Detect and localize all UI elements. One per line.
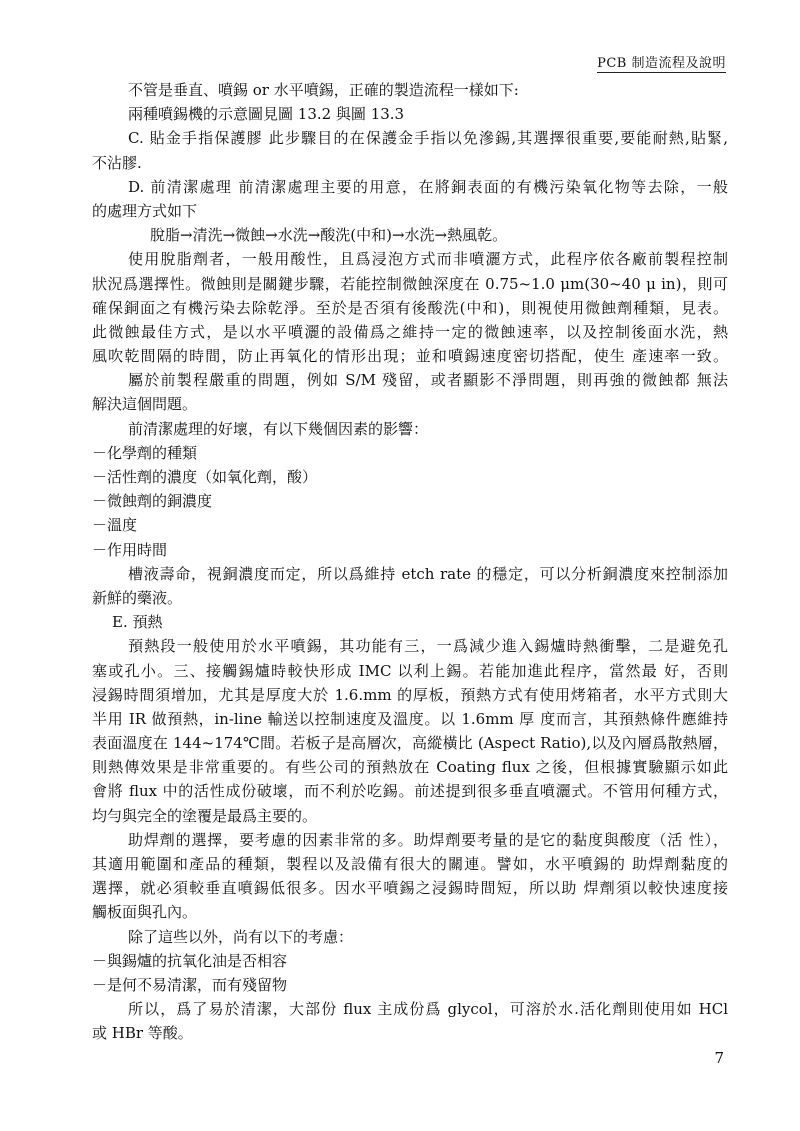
text-line: 槽液壽命，視銅濃度而定，所以爲維持 etch rate 的穩定，可以分析銅濃度來… [92,562,728,586]
text-line: 確保銅面之有機污染去除乾淨。至於是否須有後酸洗(中和)，則視使用微蝕劑種類，見表… [92,296,728,320]
text-line: 預熱段一般使用於水平噴錫，其功能有三，一爲減少進入錫爐時熱衝擊，二是避免孔 [92,634,728,658]
running-header: PCB 制造流程及說明 [597,52,726,73]
text-line: 所以，爲了易於清潔，大部份 flux 主成份爲 glycol，可溶於水.活化劑則… [92,997,728,1021]
text-line: 會將 flux 中的活性成份破壞，而不利於吃錫。前述提到很多垂直噴灑式。不管用何… [92,779,728,803]
page-number: 7 [714,1049,724,1067]
text-line: 選擇，就必須較垂直噴錫低很多。因水平噴錫之浸錫時間短，所以助 焊劑須以較快速度接 [92,876,728,900]
document-body: 不管是垂直、噴錫 or 水平噴錫，正確的製造流程一樣如下:兩種噴錫機的示意圖見圖… [92,78,728,1046]
text-line: D. 前清潔處理 前清潔處理主要的用意，在將銅表面的有機污染氧化物等去除，一般 [92,175,728,199]
text-line: 半用 IR 做預熱，in-line 輸送以控制速度及溫度。以 1.6mm 厚 度… [92,707,728,731]
text-line: 不管是垂直、噴錫 or 水平噴錫，正確的製造流程一樣如下: [92,78,728,102]
text-line: 使用脫脂劑者，一般用酸性，且爲浸泡方式而非噴灑方式，此程序依各廠前製程控制 [92,247,728,271]
text-line: 則熱傳效果是非常重要的。有些公司的預熱放在 Coating flux 之後，但根… [92,755,728,779]
text-line: 風吹乾間隔的時間，防止再氧化的情形出現；並和噴錫速度密切搭配，使生 產速率一致。 [92,344,728,368]
text-line: 狀況爲選擇性。微蝕則是關鍵步驟，若能控制微蝕深度在 0.75~1.0 μm(30… [92,272,728,296]
text-line: 解決這個問題。 [92,392,728,416]
text-line: －活性劑的濃度（如氧化劑，酸） [92,465,728,489]
text-line: －作用時間 [92,538,728,562]
text-line: 不沾膠. [92,151,728,175]
text-line: －化學劑的種類 [92,441,728,465]
text-line: 其適用範圍和產品的種類，製程以及設備有很大的關連。譬如，水平噴錫的 助焊劑黏度的 [92,852,728,876]
text-line: －與錫爐的抗氧化油是否相容 [92,949,728,973]
text-line: C. 貼金手指保護膠 此步驟目的在保護金手指以免滲錫,其選擇很重要,要能耐熱,貼… [92,126,728,150]
text-line: 或 HBr 等酸。 [92,1021,728,1045]
text-line: 助焊劑的選擇，要考慮的因素非常的多。助焊劑要考量的是它的黏度與酸度（活 性）， [92,828,728,852]
text-line: 觸板面與孔內。 [92,900,728,924]
text-line: －微蝕劑的銅濃度 [92,489,728,513]
text-line: 表面溫度在 144~174℃間。若板子是高層次，高縱橫比 (Aspect Rat… [92,731,728,755]
text-line: 前清潔處理的好壞，有以下幾個因素的影響： [92,417,728,441]
text-line: E. 預熱 [92,610,728,634]
text-line: 兩種噴錫機的示意圖見圖 13.2 與圖 13.3 [92,102,728,126]
text-line: 的處理方式如下 [92,199,728,223]
text-line: 屬於前製程嚴重的問題，例如 S/M 殘留，或者顯影不淨問題，則再強的微蝕都 無法 [92,368,728,392]
text-line: 脫脂→清洗→微蝕→水洗→酸洗(中和)→水洗→熱風乾。 [92,223,728,247]
text-line: 此微蝕最佳方式，是以水平噴灑的設備爲之維持一定的微蝕速率，以及控制後面水洗，熱 [92,320,728,344]
text-line: 除了這些以外，尚有以下的考慮： [92,925,728,949]
text-line: －是何不易清潔，而有殘留物 [92,973,728,997]
text-line: 塞或孔小。三、接觸錫爐時較快形成 IMC 以利上錫。若能加進此程序，當然最 好，… [92,659,728,683]
text-line: 新鮮的藥液。 [92,586,728,610]
text-line: 均勻與完全的塗覆是最爲主要的。 [92,804,728,828]
text-line: －溫度 [92,513,728,537]
text-line: 浸錫時間須增加，尤其是厚度大於 1.6.mm 的厚板，預熱方式有使用烤箱者，水平… [92,683,728,707]
